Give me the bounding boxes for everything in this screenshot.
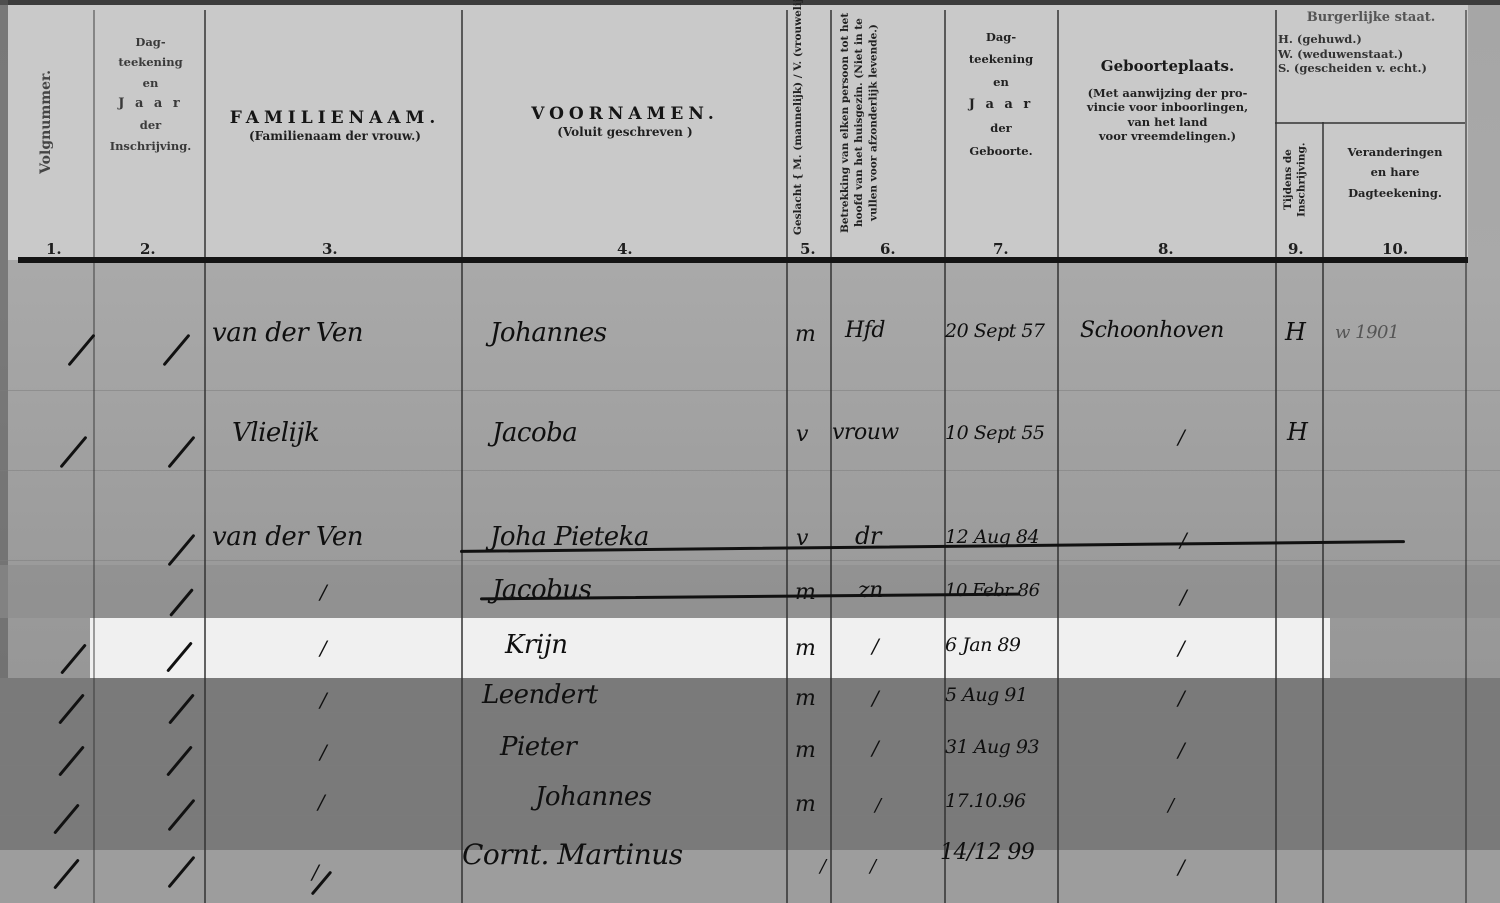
column-divider: [830, 10, 832, 903]
col9-number: 9.: [1288, 240, 1304, 258]
geboorte-cell: 10 Febr 86: [945, 580, 1040, 601]
betrekking-cell: /: [875, 795, 881, 816]
legend-item: H. (gehuwd.): [1278, 32, 1464, 46]
header-line: teekening: [946, 52, 1056, 66]
header-line: van het land: [1060, 115, 1275, 129]
header-rule: [18, 257, 1468, 263]
voornamen-cell: Jacoba: [492, 418, 577, 448]
geboorte-cell: 10 Sept 55: [945, 422, 1045, 444]
col7-header: Dag- teekening en J a a r der Geboorte.: [946, 30, 1056, 158]
col3-title: FAMILIENAAM.: [210, 108, 460, 129]
header-line: Dag-: [946, 30, 1056, 44]
header-line: Veranderingen: [1326, 145, 1464, 159]
betrekking-cell: /: [872, 736, 878, 760]
betrekking-cell: Hfd: [845, 318, 885, 343]
geboorte-cell: 14/12 99: [940, 840, 1034, 865]
geslacht-cell: m: [795, 580, 815, 605]
col3-subtitle: (Familienaam der vrouw.): [210, 129, 460, 144]
header-line: en: [98, 76, 203, 90]
header-line: J a a r: [98, 96, 203, 112]
geboorteplaats-cell: Schoonhoven: [1080, 318, 1224, 343]
familienaam-cell: /: [320, 636, 326, 660]
geboorteplaats-cell: /: [1178, 686, 1184, 710]
geslacht-cell: /: [820, 856, 826, 877]
column-divider: [1275, 10, 1277, 903]
col4-title: VOORNAMEN.: [470, 104, 780, 125]
header-line: vincie voor inboorlingen,: [1060, 100, 1275, 114]
col10-header: Veranderingen en hare Dagteekening.: [1326, 145, 1464, 200]
register-page: Volgnummer. 1. Dag- teekening en J a a r…: [0, 0, 1500, 903]
geslacht-cell: m: [795, 738, 815, 763]
column-divider: [93, 10, 95, 903]
highlighted-row-band: [90, 618, 1330, 678]
geslacht-cell: m: [795, 686, 815, 711]
burgerlijke-staat-title: Burgerlijke staat.: [1278, 10, 1464, 26]
col6-header: Betrekking van elken persoon tot het hoo…: [838, 10, 938, 235]
geslacht-cell: m: [795, 322, 815, 347]
col3-header: FAMILIENAAM. (Familienaam der vrouw.): [210, 108, 460, 144]
col1-number: 1.: [46, 240, 62, 258]
familienaam-cell: /: [320, 580, 326, 604]
geboorte-cell: 17.10.96: [945, 790, 1026, 812]
col4-header: VOORNAMEN. (Voluit geschreven ): [470, 104, 780, 140]
header-line: voor vreemdelingen.): [1060, 129, 1275, 143]
burgerlijke-staat-header: Burgerlijke staat. H. (gehuwd.) W. (wedu…: [1278, 10, 1464, 75]
burgerlijke-staat-divider: [1275, 122, 1465, 124]
familienaam-cell: /: [318, 790, 324, 814]
col1-header: Volgnummer.: [38, 70, 54, 174]
geboorte-cell: 20 Sept 57: [945, 320, 1045, 342]
column-divider: [1057, 10, 1059, 903]
col7-number: 7.: [993, 240, 1009, 258]
voornamen-cell: Pieter: [500, 732, 576, 762]
header-line: Geboorte.: [946, 144, 1056, 158]
betrekking-cell: zn: [858, 578, 883, 603]
staat-cell: H: [1285, 318, 1305, 346]
header-line: Dagteekening.: [1326, 186, 1464, 200]
geslacht-cell: m: [795, 636, 815, 661]
tick-mark: [59, 436, 87, 469]
col5-number: 5.: [800, 240, 816, 258]
header-line: en hare: [1326, 165, 1464, 179]
header-line: J a a r: [946, 97, 1056, 113]
col2-number: 2.: [140, 240, 156, 258]
legend-item: W. (weduwenstaat.): [1278, 47, 1464, 61]
betrekking-cell: /: [872, 634, 878, 658]
voornamen-cell: Cornt. Martinus: [462, 838, 683, 871]
col4-subtitle: (Voluit geschreven ): [470, 125, 780, 140]
col4-number: 4.: [617, 240, 633, 258]
col8-number: 8.: [1158, 240, 1174, 258]
header-line: (Met aanwijzing der pro-: [1060, 86, 1275, 100]
legend-item: S. (gescheiden v. echt.): [1278, 61, 1464, 75]
col8-header: Geboorteplaats. (Met aanwijzing der pro-…: [1060, 57, 1275, 143]
voornamen-cell: Johannes: [535, 782, 652, 812]
voornamen-cell: Johannes: [490, 318, 607, 348]
familienaam-cell: /: [320, 740, 326, 764]
betrekking-cell: vrouw: [832, 420, 899, 445]
geslacht-cell: m: [795, 792, 815, 817]
voornamen-cell: Leendert: [482, 680, 598, 710]
col3-number: 3.: [322, 240, 338, 258]
betrekking-cell: /: [872, 686, 878, 710]
col9-header: Tijdens de Inschrijving.: [1282, 130, 1318, 230]
betrekking-cell: /: [870, 856, 876, 877]
col2-header: Dag- teekening en J a a r der Inschrijvi…: [98, 35, 203, 153]
tick-mark: [162, 334, 190, 367]
header-line: teekening: [98, 55, 203, 69]
column-divider: [461, 10, 463, 903]
column-divider: [204, 10, 206, 903]
familienaam-cell: /: [312, 860, 318, 884]
geboorteplaats-cell: /: [1178, 636, 1184, 660]
geboorte-cell: 31 Aug 93: [945, 736, 1039, 758]
familienaam-cell: /: [320, 688, 326, 712]
familienaam-cell: van der Ven: [212, 522, 363, 552]
col5-header: Geslacht { M. (mannelijk) / V. (vrouweli…: [792, 20, 826, 235]
familienaam-cell: Vlielijk: [232, 418, 319, 448]
tick-mark: [167, 534, 195, 567]
geboorteplaats-cell: /: [1180, 528, 1186, 552]
col10-number: 10.: [1382, 240, 1408, 258]
familienaam-cell: van der Ven: [212, 318, 363, 348]
geboorteplaats-cell: /: [1180, 585, 1186, 609]
header-line: der: [946, 121, 1056, 135]
geboorte-cell: 5 Aug 91: [945, 684, 1027, 706]
geboorteplaats-cell: /: [1178, 855, 1184, 879]
header-line: en: [946, 75, 1056, 89]
geboorte-cell: 6 Jan 89: [945, 634, 1021, 656]
tick-mark: [167, 436, 195, 469]
col8-title: Geboorteplaats.: [1060, 57, 1275, 76]
header-line: der: [98, 118, 203, 132]
voornamen-cell: Krijn: [505, 630, 567, 660]
header-line: Inschrijving.: [98, 139, 203, 153]
tick-mark: [60, 643, 87, 674]
column-divider: [1465, 10, 1467, 903]
header-line: Dag-: [98, 35, 203, 49]
geboorteplaats-cell: /: [1178, 738, 1184, 762]
veranderingen-cell: w 1901: [1335, 322, 1399, 343]
voornamen-cell: Jacobus: [492, 575, 591, 605]
geboorteplaats-cell: /: [1178, 425, 1184, 449]
geboorteplaats-cell: /: [1168, 795, 1174, 816]
column-divider: [1322, 122, 1324, 903]
tick-mark: [67, 334, 95, 367]
col6-number: 6.: [880, 240, 896, 258]
staat-cell: H: [1287, 418, 1307, 446]
column-divider: [786, 10, 788, 903]
geslacht-cell: v: [796, 422, 808, 447]
